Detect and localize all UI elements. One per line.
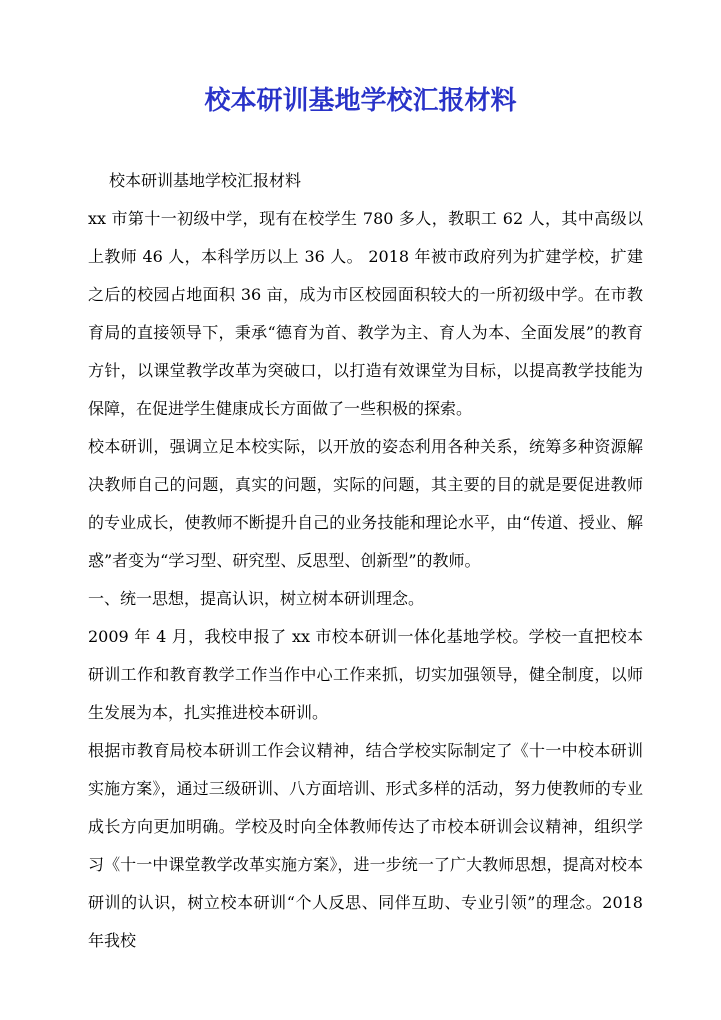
paragraph: 根据市教育局校本研训工作会议精神，结合学校实际制定了《十一中校本研训实施方案》，… bbox=[88, 732, 643, 960]
paragraph: 2009 年 4 月，我校申报了 xx 市校本研训一体化基地学校。学校一直把校本… bbox=[88, 618, 643, 732]
document-title: 校本研训基地学校汇报材料 bbox=[0, 0, 721, 118]
document-page: 校本研训基地学校汇报材料 校本研训基地学校汇报材料 xx 市第十一初级中学，现有… bbox=[0, 0, 721, 1020]
document-subtitle: 校本研训基地学校汇报材料 bbox=[88, 162, 643, 200]
paragraph: 校本研训，强调立足本校实际，以开放的姿态利用各种关系，统筹多种资源解决教师自己的… bbox=[88, 428, 643, 580]
paragraph: xx 市第十一初级中学，现有在校学生 780 多人，教职工 62 人，其中高级以… bbox=[88, 200, 643, 428]
document-body: 校本研训基地学校汇报材料 xx 市第十一初级中学，现有在校学生 780 多人，教… bbox=[0, 162, 721, 960]
paragraph: 一、统一思想，提高认识，树立树本研训理念。 bbox=[88, 580, 643, 618]
